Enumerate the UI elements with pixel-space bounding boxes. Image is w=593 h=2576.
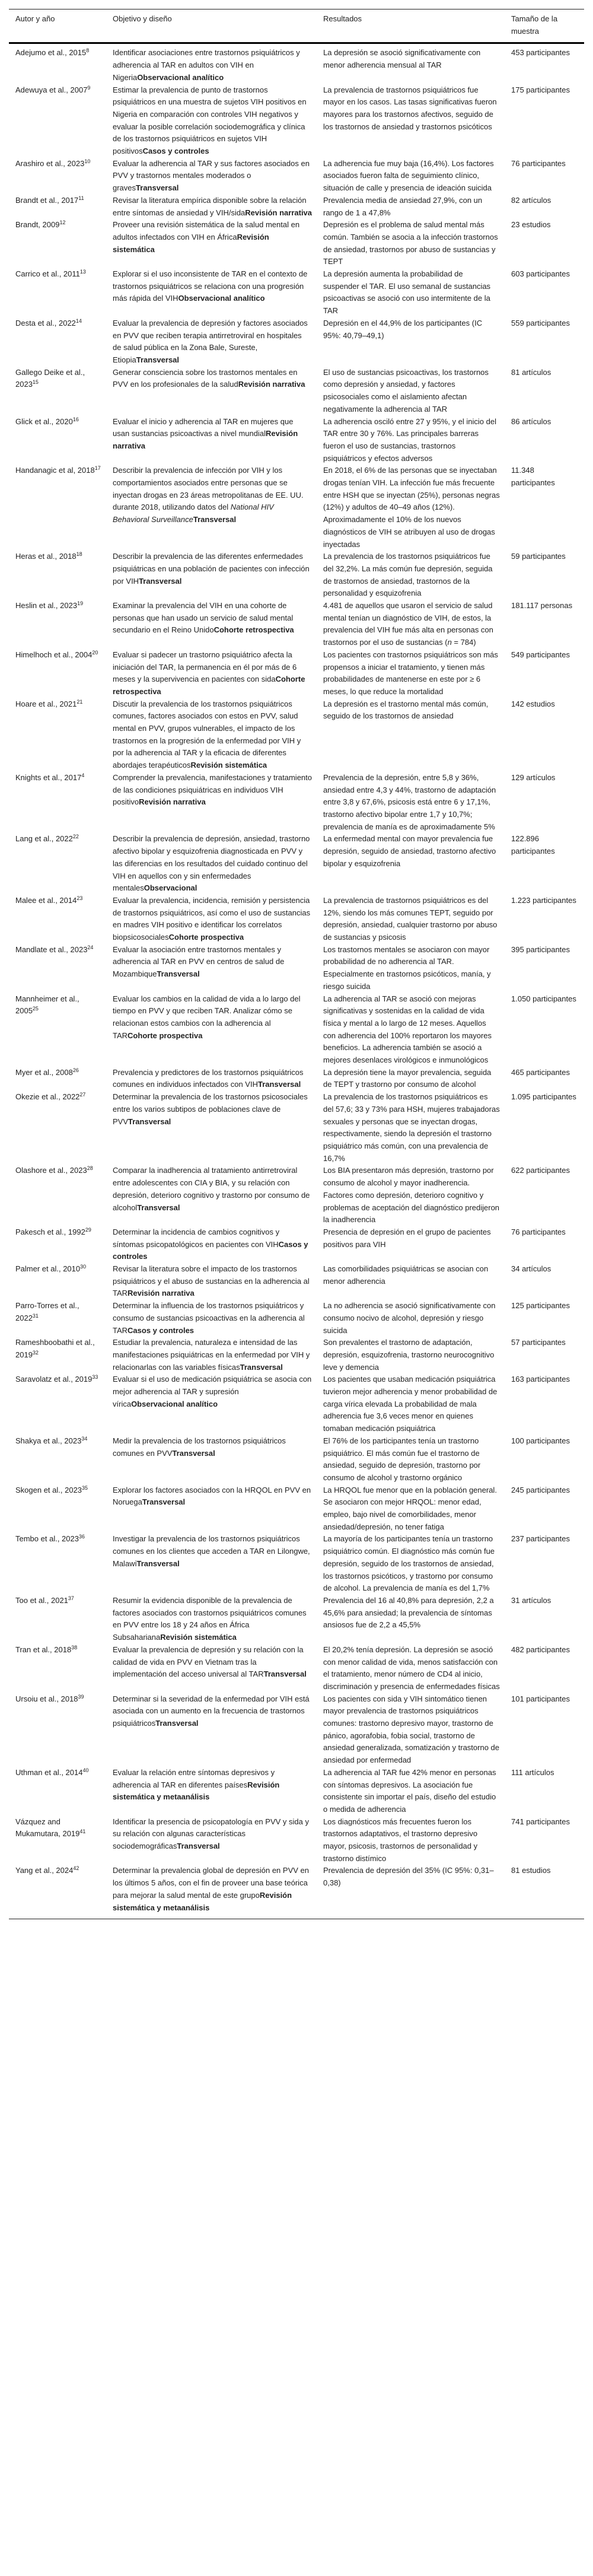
cell-author: Brandt et al., 201711 (9, 195, 106, 219)
author-text: Rameshboobathi et al., 2019 (15, 1338, 95, 1359)
sample-size-text: 142 estudios (511, 699, 555, 708)
study-design: Revisión sistemática (191, 761, 267, 769)
results-text: La adherencia al TAR fue 42% menor en pe… (323, 1768, 496, 1814)
author-text: Mannheimer et al., 2005 (15, 994, 79, 1016)
cell-author: Myer et al., 200826 (9, 1067, 106, 1091)
sample-size-text: 1.050 participantes (511, 994, 576, 1003)
table-row: Hoare et al., 202121 Discutir la prevale… (9, 698, 584, 772)
cell-results: El 20,2% tenía depresión. La depresión s… (317, 1644, 505, 1693)
author-text: Too et al., 2021 (15, 1596, 68, 1605)
reference-number: 24 (87, 944, 93, 950)
results-text: La no adherencia se asoció significativa… (323, 1301, 496, 1334)
results-text: La prevalencia de trastornos psiquiátric… (323, 85, 497, 131)
author-text: Mandlate et al., 2023 (15, 945, 87, 954)
cell-objective: Prevalencia y predictores de los trastor… (106, 1067, 317, 1091)
results-tail: = 784) (452, 638, 476, 647)
study-design: Transversal (177, 1842, 219, 1850)
table-row: Adewuya et al., 20079 Estimar la prevale… (9, 84, 584, 158)
cell-results: La depresión aumenta la probabilidad de … (317, 268, 505, 317)
sample-size-text: 81 estudios (511, 1866, 551, 1875)
table-row: Ursoiu et al., 201839 Determinar si la s… (9, 1693, 584, 1767)
cell-objective: Evaluar el inicio y adherencia al TAR en… (106, 416, 317, 465)
author-text: Brandt, 2009 (15, 220, 59, 229)
cell-objective: Determinar la influencia de los trastorn… (106, 1300, 317, 1337)
objective-text: Estimar la prevalencia de punto de trast… (113, 85, 307, 156)
cell-sample-size: 559 participantes (505, 317, 584, 367)
author-text: Heras et al., 2018 (15, 552, 76, 561)
sample-size-text: 237 participantes (511, 1534, 570, 1543)
reference-number: 8 (86, 47, 89, 53)
cell-results: Las comorbilidades psiquiátricas se asoc… (317, 1263, 505, 1300)
table-row: Olashore et al., 202328 Comparar la inad… (9, 1165, 584, 1226)
cell-results: Los pacientes con sida y VIH sintomático… (317, 1693, 505, 1767)
cell-objective: Identificar asociaciones entre trastorno… (106, 43, 317, 84)
author-text: Desta et al., 2022 (15, 319, 76, 327)
author-text: Heslin et al., 2023 (15, 601, 77, 610)
cell-sample-size: 622 participantes (505, 1165, 584, 1226)
results-text: La prevalencia de trastornos psiquiátric… (323, 896, 497, 942)
cell-objective: Determinar si la severidad de la enferme… (106, 1693, 317, 1767)
table-row: Glick et al., 202016 Evaluar el inicio y… (9, 416, 584, 465)
results-text: Los pacientes con trastornos psiquiátric… (323, 650, 498, 696)
cell-author: Parro-Torres et al., 202231 (9, 1300, 106, 1337)
table-row: Parro-Torres et al., 202231 Determinar l… (9, 1300, 584, 1337)
cell-author: Saravolatz et al., 201933 (9, 1373, 106, 1435)
cell-author: Pakesch et al., 199229 (9, 1226, 106, 1263)
study-design: Revisión narrativa (127, 1289, 195, 1297)
table-row: Rameshboobathi et al., 201932 Estudiar l… (9, 1337, 584, 1373)
reference-number: 25 (33, 1006, 39, 1012)
table-row: Himelhoch et al., 200420 Evaluar si pade… (9, 649, 584, 698)
sample-size-text: 549 participantes (511, 650, 570, 659)
study-design: Revisión narrativa (139, 797, 206, 806)
header-objective: Objetivo y diseño (106, 9, 317, 43)
results-text: Las comorbilidades psiquiátricas se asoc… (323, 1264, 488, 1286)
cell-results: Son prevalentes el trastorno de adaptaci… (317, 1337, 505, 1373)
sample-size-text: 86 artículos (511, 417, 551, 426)
reference-number: 35 (82, 1485, 88, 1491)
study-design: Transversal (264, 1669, 307, 1678)
sample-size-text: 163 participantes (511, 1375, 570, 1384)
cell-objective: Examinar la prevalencia del VIH en una c… (106, 600, 317, 649)
cell-objective: Investigar la prevalencia de los trastor… (106, 1533, 317, 1595)
cell-results: La enfermedad mental con mayor prevalenc… (317, 833, 505, 895)
cell-author: Himelhoch et al., 200420 (9, 649, 106, 698)
table-row: Mannheimer et al., 200525 Evaluar los ca… (9, 993, 584, 1067)
cell-author: Vázquez and Mukamutara, 201941 (9, 1816, 106, 1865)
sample-size-text: 1.095 participantes (511, 1092, 576, 1101)
cell-author: Heslin et al., 202319 (9, 600, 106, 649)
page-bottom-spacer (9, 1919, 584, 1928)
sample-size-text: 82 artículos (511, 196, 551, 205)
reference-number: 30 (80, 1264, 86, 1270)
reference-number: 41 (79, 1828, 85, 1834)
cell-author: Mannheimer et al., 200525 (9, 993, 106, 1067)
results-text: Prevalencia de la depresión, entre 5,8 y… (323, 773, 496, 831)
cell-results: Prevalencia de la depresión, entre 5,8 y… (317, 772, 505, 834)
cell-results: La no adherencia se asoció significativa… (317, 1300, 505, 1337)
table-row: Okezie et al., 202227 Determinar la prev… (9, 1091, 584, 1165)
cell-sample-size: 395 participantes (505, 944, 584, 993)
sample-size-text: 622 participantes (511, 1166, 570, 1175)
results-text: La depresión aumenta la probabilidad de … (323, 269, 490, 315)
results-text: La prevalencia de los trastornos psiquiá… (323, 1092, 500, 1163)
cell-objective: Revisar la literatura empírica disponibl… (106, 195, 317, 219)
table-row: Adejumo et al., 20158 Identificar asocia… (9, 43, 584, 84)
cell-results: Presencia de depresión en el grupo de pa… (317, 1226, 505, 1263)
study-design: Observacional analítico (137, 73, 224, 82)
cell-objective: Revisar la literatura sobre el impacto d… (106, 1263, 317, 1300)
cell-author: Mandlate et al., 202324 (9, 944, 106, 993)
table-row: Tran et al., 201838 Evaluar la prevalenc… (9, 1644, 584, 1693)
cell-results: Los pacientes que usaban medicación psiq… (317, 1373, 505, 1435)
cell-objective: Evaluar la prevalencia de depresión y su… (106, 1644, 317, 1693)
cell-results: La depresión se asoció significativament… (317, 43, 505, 84)
cell-author: Knights et al., 20174 (9, 772, 106, 834)
cell-sample-size: 31 artículos (505, 1595, 584, 1644)
cell-objective: Evaluar si el uso de medicación psiquiát… (106, 1373, 317, 1435)
results-text: La mayoría de los participantes tenía un… (323, 1534, 495, 1592)
author-text: Hoare et al., 2021 (15, 699, 76, 708)
results-text: Prevalencia media de ansiedad 27,9%, con… (323, 196, 482, 217)
study-design: Cohorte retrospectiva (214, 625, 294, 634)
table-row: Too et al., 202137 Resumir la evidencia … (9, 1595, 584, 1644)
results-text: Depresión en el 44,9% de los participant… (323, 319, 482, 340)
author-text: Gallego Deike et al., 2023 (15, 368, 85, 389)
sample-size-text: 465 participantes (511, 1068, 570, 1077)
cell-objective: Determinar la incidencia de cambios cogn… (106, 1226, 317, 1263)
cell-results: La prevalencia de trastornos psiquiátric… (317, 84, 505, 158)
author-text: Palmer et al., 2010 (15, 1264, 80, 1273)
author-text: Knights et al., 2017 (15, 773, 81, 782)
header-row: Autor y año Objetivo y diseño Resultados… (9, 9, 584, 43)
study-design: Transversal (139, 577, 181, 586)
table-row: Palmer et al., 201030 Revisar la literat… (9, 1263, 584, 1300)
cell-sample-size: 163 participantes (505, 1373, 584, 1435)
cell-objective: Explorar si el uso inconsistente de TAR … (106, 268, 317, 317)
cell-sample-size: 122.896 participantes (505, 833, 584, 895)
reference-number: 15 (33, 379, 39, 385)
reference-number: 22 (73, 834, 79, 839)
objective-text: Proveer una revisión sistemática de la s… (113, 220, 299, 241)
sample-size-text: 81 artículos (511, 368, 551, 377)
results-text: Los pacientes que usaban medicación psiq… (323, 1375, 497, 1433)
cell-author: Olashore et al., 202328 (9, 1165, 106, 1226)
cell-author: Lang et al., 202222 (9, 833, 106, 895)
cell-sample-size: 86 artículos (505, 416, 584, 465)
cell-sample-size: 1.050 participantes (505, 993, 584, 1067)
table-row: Gallego Deike et al., 202315 Generar con… (9, 367, 584, 416)
author-text: Skogen et al., 2023 (15, 1486, 82, 1494)
cell-objective: Evaluar la prevalencia, incidencia, remi… (106, 895, 317, 944)
cell-author: Arashiro et al., 202310 (9, 158, 106, 195)
study-design: Observacional analítico (131, 1400, 218, 1408)
cell-sample-size: 100 participantes (505, 1435, 584, 1484)
results-text: La depresión es el trastorno mental más … (323, 699, 488, 721)
table-body: Adejumo et al., 20158 Identificar asocia… (9, 43, 584, 1919)
table-row: Vázquez and Mukamutara, 201941 Identific… (9, 1816, 584, 1865)
results-text: La depresión tiene la mayor prevalencia,… (323, 1068, 491, 1089)
cell-results: Depresión en el 44,9% de los participant… (317, 317, 505, 367)
author-text: Lang et al., 2022 (15, 834, 73, 843)
table-row: Arashiro et al., 202310 Evaluar la adher… (9, 158, 584, 195)
author-text: Glick et al., 2020 (15, 417, 73, 426)
cell-objective: Comparar la inadherencia al tratamiento … (106, 1165, 317, 1226)
reference-number: 21 (76, 699, 82, 705)
cell-results: Los pacientes con trastornos psiquiátric… (317, 649, 505, 698)
author-text: Arashiro et al., 2023 (15, 159, 84, 168)
cell-sample-size: 175 participantes (505, 84, 584, 158)
sample-size-text: 453 participantes (511, 48, 570, 57)
results-text: Depresión es el problema de salud mental… (323, 220, 498, 266)
study-design: Transversal (136, 183, 178, 192)
results-text: La depresión se asoció significativament… (323, 48, 480, 69)
table-row: Myer et al., 200826 Prevalencia y predic… (9, 1067, 584, 1091)
study-design: Transversal (128, 1117, 171, 1126)
cell-sample-size: 82 artículos (505, 195, 584, 219)
cell-results: El 76% de los participantes tenía un tra… (317, 1435, 505, 1484)
results-text: Son prevalentes el trastorno de adaptaci… (323, 1338, 494, 1371)
results-text: Los BIA presentaron más depresión, trast… (323, 1166, 499, 1224)
reference-number: 19 (77, 600, 83, 606)
reference-number: 4 (81, 772, 84, 778)
cell-results: La adherencia al TAR se asoció con mejor… (317, 993, 505, 1067)
cell-sample-size: 741 participantes (505, 1816, 584, 1865)
cell-sample-size: 1.095 participantes (505, 1091, 584, 1165)
results-text: En 2018, el 6% de las personas que se in… (323, 466, 500, 548)
cell-author: Uthman et al., 201440 (9, 1767, 106, 1816)
author-text: Brandt et al., 2017 (15, 196, 78, 205)
cell-sample-size: 453 participantes (505, 43, 584, 84)
study-design: Transversal (258, 1080, 301, 1089)
reference-number: 29 (85, 1227, 91, 1233)
reference-number: 26 (73, 1067, 79, 1073)
results-text: La adherencia fue muy baja (16,4%). Los … (323, 159, 494, 192)
table-header: Autor y año Objetivo y diseño Resultados… (9, 9, 584, 43)
author-text: Handanagic et al, 2018 (15, 466, 95, 475)
cell-results: Prevalencia media de ansiedad 27,9%, con… (317, 195, 505, 219)
reference-number: 11 (78, 195, 84, 201)
cell-author: Ursoiu et al., 201839 (9, 1693, 106, 1767)
study-design: Observacional analítico (178, 294, 265, 303)
reference-number: 36 (79, 1534, 85, 1540)
author-text: Ursoiu et al., 2018 (15, 1694, 78, 1703)
cell-author: Heras et al., 201818 (9, 551, 106, 600)
sample-size-text: 76 participantes (511, 159, 566, 168)
cell-results: La prevalencia de los trastornos psiquiá… (317, 551, 505, 600)
cell-author: Palmer et al., 201030 (9, 1263, 106, 1300)
cell-results: El uso de sustancias psicoactivas, los t… (317, 367, 505, 416)
author-text: Uthman et al., 2014 (15, 1768, 82, 1777)
reference-number: 16 (73, 416, 79, 422)
results-text: El 20,2% tenía depresión. La depresión s… (323, 1645, 500, 1691)
table-row: Heslin et al., 202319 Examinar la preval… (9, 600, 584, 649)
cell-objective: Evaluar la prevalencia de depresión y fa… (106, 317, 317, 367)
cell-objective: Evaluar la adherencia al TAR y sus facto… (106, 158, 317, 195)
cell-author: Hoare et al., 202121 (9, 698, 106, 772)
study-design: Transversal (157, 969, 199, 978)
cell-sample-size: 34 artículos (505, 1263, 584, 1300)
reference-number: 33 (92, 1374, 98, 1380)
table-row: Shakya et al., 202334 Medir la prevalenc… (9, 1435, 584, 1484)
results-text: Los diagnósticos más frecuentes fueron l… (323, 1817, 477, 1863)
reference-number: 9 (87, 85, 90, 91)
objective-text: Evaluar si padecer un trastorno psiquiát… (113, 650, 296, 683)
cell-results: La adherencia al TAR fue 42% menor en pe… (317, 1767, 505, 1816)
cell-author: Gallego Deike et al., 202315 (9, 367, 106, 416)
table-row: Mandlate et al., 202324 Evaluar la asoci… (9, 944, 584, 993)
objective-text: Determinar si la severidad de la enferme… (113, 1694, 310, 1728)
cell-results: La mayoría de los participantes tenía un… (317, 1533, 505, 1595)
cell-author: Yang et al., 202442 (9, 1865, 106, 1919)
cell-sample-size: 76 participantes (505, 1226, 584, 1263)
study-design: Transversal (137, 1203, 180, 1212)
table-row: Uthman et al., 201440 Evaluar la relació… (9, 1767, 584, 1816)
results-text: El uso de sustancias psicoactivas, los t… (323, 368, 489, 414)
results-italic: n (448, 638, 452, 647)
study-design: Cohorte prospectiva (127, 1031, 202, 1040)
sample-size-text: 482 participantes (511, 1645, 570, 1654)
author-text: Carrico et al., 2011 (15, 269, 80, 278)
sample-size-text: 181.117 personas (511, 601, 572, 610)
cell-author: Adejumo et al., 20158 (9, 43, 106, 84)
results-text: Prevalencia del 16 al 40,8% para depresi… (323, 1596, 494, 1629)
sample-size-text: 603 participantes (511, 269, 570, 278)
cell-results: En 2018, el 6% de las personas que se in… (317, 465, 505, 551)
reference-number: 17 (95, 465, 101, 471)
study-design: Transversal (136, 1559, 179, 1568)
study-design: Revisión narrativa (245, 208, 312, 217)
cell-sample-size: 549 participantes (505, 649, 584, 698)
author-text: Himelhoch et al., 2004 (15, 650, 92, 659)
table-row: Skogen et al., 202335 Explorar los facto… (9, 1484, 584, 1534)
study-design: Observacional (144, 883, 197, 892)
cell-results: La prevalencia de los trastornos psiquiá… (317, 1091, 505, 1165)
cell-objective: Describir la prevalencia de infección po… (106, 465, 317, 551)
cell-sample-size: 59 participantes (505, 551, 584, 600)
cell-sample-size: 57 participantes (505, 1337, 584, 1373)
cell-sample-size: 81 artículos (505, 367, 584, 416)
cell-sample-size: 245 participantes (505, 1484, 584, 1534)
cell-results: Prevalencia del 16 al 40,8% para depresi… (317, 1595, 505, 1644)
studies-table: Autor y año Objetivo y diseño Resultados… (9, 9, 584, 1919)
cell-results: Los trastornos mentales se asociaron con… (317, 944, 505, 993)
author-text: Olashore et al., 2023 (15, 1166, 87, 1175)
cell-results: La depresión es el trastorno mental más … (317, 698, 505, 772)
cell-objective: Generar consciencia sobre los trastornos… (106, 367, 317, 416)
author-text: Tembo et al., 2023 (15, 1534, 79, 1543)
cell-results: La HRQOL fue menor que en la población g… (317, 1484, 505, 1534)
sample-size-text: 395 participantes (511, 945, 570, 954)
document-page: Autor y año Objetivo y diseño Resultados… (0, 0, 593, 1928)
reference-number: 28 (87, 1165, 93, 1171)
table-row: Brandt, 200912 Proveer una revisión sist… (9, 219, 584, 268)
cell-sample-size: 101 participantes (505, 1693, 584, 1767)
cell-author: Okezie et al., 202227 (9, 1091, 106, 1165)
reference-number: 23 (76, 895, 82, 901)
sample-size-text: 741 participantes (511, 1817, 570, 1826)
sample-size-text: 101 participantes (511, 1694, 570, 1703)
reference-number: 27 (79, 1092, 85, 1098)
cell-objective: Evaluar los cambios en la calidad de vid… (106, 993, 317, 1067)
cell-sample-size: 111 artículos (505, 1767, 584, 1816)
table-row: Pakesch et al., 199229 Determinar la inc… (9, 1226, 584, 1263)
table-row: Tembo et al., 202336 Investigar la preva… (9, 1533, 584, 1595)
sample-size-text: 245 participantes (511, 1486, 570, 1494)
cell-author: Handanagic et al, 201817 (9, 465, 106, 551)
cell-sample-size: 23 estudios (505, 219, 584, 268)
results-text: Los pacientes con sida y VIH sintomático… (323, 1694, 499, 1765)
reference-number: 34 (81, 1436, 87, 1442)
cell-author: Tembo et al., 202336 (9, 1533, 106, 1595)
sample-size-text: 100 participantes (511, 1436, 570, 1445)
cell-author: Skogen et al., 202335 (9, 1484, 106, 1534)
cell-objective: Determinar la prevalencia global de depr… (106, 1865, 317, 1919)
cell-results: 4.481 de aquellos que usaron el servicio… (317, 600, 505, 649)
reference-number: 40 (82, 1767, 88, 1773)
study-design: Transversal (193, 515, 236, 524)
cell-objective: Resumir la evidencia disponible de la pr… (106, 1595, 317, 1644)
sample-size-text: 11.348 participantes (511, 466, 555, 487)
cell-objective: Describir la prevalencia de las diferent… (106, 551, 317, 600)
cell-sample-size: 125 participantes (505, 1300, 584, 1337)
study-design: Transversal (136, 355, 179, 364)
cell-results: La adherencia fue muy baja (16,4%). Los … (317, 158, 505, 195)
cell-objective: Estudiar la prevalencia, naturaleza e in… (106, 1337, 317, 1373)
study-design: Cohorte prospectiva (169, 933, 244, 942)
study-design: Revisión sistemática (160, 1633, 237, 1642)
cell-author: Brandt, 200912 (9, 219, 106, 268)
reference-number: 20 (92, 650, 98, 656)
cell-results: Prevalencia de depresión del 35% (IC 95%… (317, 1865, 505, 1919)
reference-number: 38 (71, 1645, 77, 1650)
author-text: Tran et al., 2018 (15, 1645, 71, 1654)
study-design: Casos y controles (143, 147, 209, 155)
table-row: Knights et al., 20174 Comprender la prev… (9, 772, 584, 834)
table-row: Desta et al., 202214 Evaluar la prevalen… (9, 317, 584, 367)
sample-size-text: 76 participantes (511, 1227, 566, 1236)
sample-size-text: 23 estudios (511, 220, 551, 229)
author-text: Shakya et al., 2023 (15, 1436, 81, 1445)
study-design: Transversal (240, 1363, 283, 1372)
reference-number: 12 (59, 220, 65, 225)
objective-text: Describir la prevalencia de depresión, a… (113, 834, 310, 892)
reference-number: 13 (80, 269, 86, 275)
author-text: Adewuya et al., 2007 (15, 85, 87, 94)
table-row: Lang et al., 202222 Describir la prevale… (9, 833, 584, 895)
author-text: Saravolatz et al., 2019 (15, 1375, 92, 1384)
results-text: Prevalencia de depresión del 35% (IC 95%… (323, 1866, 494, 1887)
cell-objective: Explorar los factores asociados con la H… (106, 1484, 317, 1534)
cell-results: Depresión es el problema de salud mental… (317, 219, 505, 268)
study-design: Revisión narrativa (238, 380, 305, 389)
cell-objective: Evaluar la relación entre síntomas depre… (106, 1767, 317, 1816)
author-text: Pakesch et al., 1992 (15, 1227, 85, 1236)
results-text: Presencia de depresión en el grupo de pa… (323, 1227, 491, 1249)
cell-objective: Comprender la prevalencia, manifestacion… (106, 772, 317, 834)
table-row: Heras et al., 201818 Describir la preval… (9, 551, 584, 600)
reference-number: 18 (76, 551, 82, 557)
results-text: La adherencia al TAR se asoció con mejor… (323, 994, 492, 1065)
sample-size-text: 34 artículos (511, 1264, 551, 1273)
reference-number: 42 (73, 1865, 79, 1871)
reference-number: 31 (33, 1313, 39, 1319)
sample-size-text: 31 artículos (511, 1596, 551, 1605)
reference-number: 32 (33, 1350, 39, 1356)
sample-size-text: 111 artículos (511, 1768, 554, 1777)
cell-author: Carrico et al., 201113 (9, 268, 106, 317)
cell-sample-size: 129 artículos (505, 772, 584, 834)
